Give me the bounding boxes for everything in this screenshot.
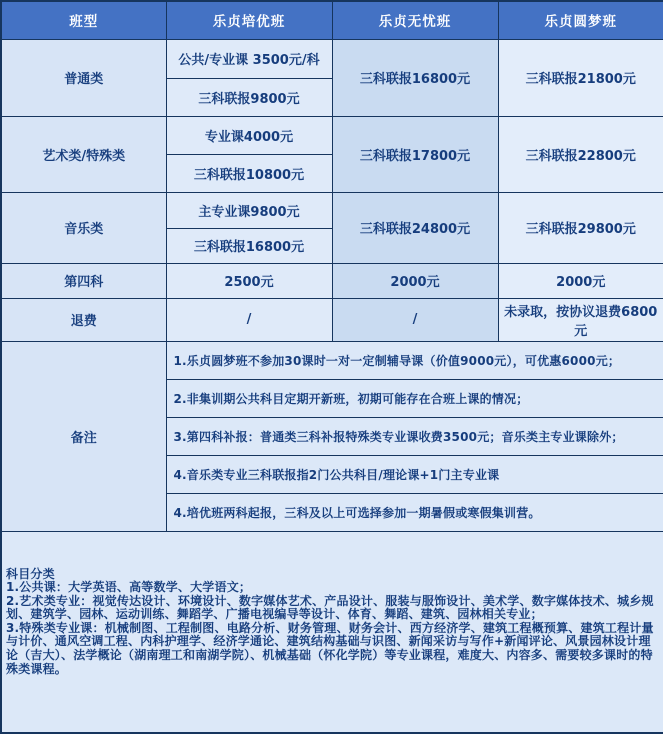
note-2: 2.非集训期公共科目定期开新班，初期可能存在合班上课的情况； <box>166 379 663 417</box>
yishu-yuanmeng-price: 三科联报22800元 <box>498 116 663 192</box>
yinyue-peiyou-price-1: 主专业课9800元 <box>166 192 332 228</box>
category-tuifei: 退费 <box>1 298 166 341</box>
table-row: 备注 1.乐贞圆梦班不参加30课时一对一定制辅导课（价值9000元），可优惠60… <box>1 341 663 379</box>
note-1: 1.乐贞圆梦班不参加30课时一对一定制辅导课（价值9000元），可优惠6000元… <box>166 341 663 379</box>
putong-wuyou-price: 三科联报16800元 <box>332 39 498 116</box>
tuifei-yuanmeng: 未录取，按协议退费6800元 <box>498 298 663 341</box>
header-peiyou-class: 乐贞培优班 <box>166 1 332 39</box>
yishu-peiyou-price-1: 专业课4000元 <box>166 116 332 154</box>
special-majors-line: 3.特殊类专业课：机械制图、工程制图、电路分析、财务管理、财务会计、西方经济学、… <box>6 622 658 676</box>
tuifei-peiyou: / <box>166 298 332 341</box>
note-4: 4.音乐类专业三科联报指2门公共科目/理论课+1门主专业课 <box>166 455 663 493</box>
subject-classification-cell: 科目分类 1.公共课：大学英语、高等数学、大学语文； 2.艺术类专业：视觉传达设… <box>1 531 663 733</box>
disike-peiyou-price: 2500元 <box>166 263 332 298</box>
public-courses-line: 1.公共课：大学英语、高等数学、大学语文； <box>6 581 658 595</box>
table-row: 音乐类 主专业课9800元 三科联报24800元 三科联报29800元 <box>1 192 663 228</box>
note-5: 4.培优班两科起报，三科及以上可选择参加一期暑假或寒假集训营。 <box>166 493 663 531</box>
disike-wuyou-price: 2000元 <box>332 263 498 298</box>
yishu-wuyou-price: 三科联报17800元 <box>332 116 498 192</box>
header-yuanmeng-class: 乐贞圆梦班 <box>498 1 663 39</box>
note-3: 3.第四科补报：普通类三科补报特殊类专业课收费3500元；音乐类主专业课除外； <box>166 417 663 455</box>
header-wuyou-class: 乐贞无忧班 <box>332 1 498 39</box>
class-pricing-table: 班型 乐贞培优班 乐贞无忧班 乐贞圆梦班 普通类 公共/专业课 3500元/科 … <box>0 0 663 734</box>
header-class-type: 班型 <box>1 1 166 39</box>
putong-yuanmeng-price: 三科联报21800元 <box>498 39 663 116</box>
table-row: 科目分类 1.公共课：大学英语、高等数学、大学语文； 2.艺术类专业：视觉传达设… <box>1 531 663 733</box>
category-putong: 普通类 <box>1 39 166 116</box>
header-row: 班型 乐贞培优班 乐贞无忧班 乐贞圆梦班 <box>1 1 663 39</box>
table-row: 普通类 公共/专业课 3500元/科 三科联报16800元 三科联报21800元 <box>1 39 663 78</box>
category-yishu: 艺术类/特殊类 <box>1 116 166 192</box>
yinyue-peiyou-price-2: 三科联报16800元 <box>166 228 332 263</box>
table-row: 第四科 2500元 2000元 2000元 <box>1 263 663 298</box>
category-yinyue: 音乐类 <box>1 192 166 263</box>
category-disike: 第四科 <box>1 263 166 298</box>
notes-label: 备注 <box>1 341 166 531</box>
art-majors-line: 2.艺术类专业：视觉传达设计、环境设计、数字媒体艺术、产品设计、服装与服饰设计、… <box>6 595 658 622</box>
yishu-peiyou-price-2: 三科联报10800元 <box>166 154 332 192</box>
disike-yuanmeng-price: 2000元 <box>498 263 663 298</box>
table-row: 退费 / / 未录取，按协议退费6800元 <box>1 298 663 341</box>
yinyue-yuanmeng-price: 三科联报29800元 <box>498 192 663 263</box>
tuifei-wuyou: / <box>332 298 498 341</box>
table-row: 艺术类/特殊类 专业课4000元 三科联报17800元 三科联报22800元 <box>1 116 663 154</box>
putong-peiyou-price-2: 三科联报9800元 <box>166 78 332 116</box>
yinyue-wuyou-price: 三科联报24800元 <box>332 192 498 263</box>
putong-peiyou-price-1: 公共/专业课 3500元/科 <box>166 39 332 78</box>
